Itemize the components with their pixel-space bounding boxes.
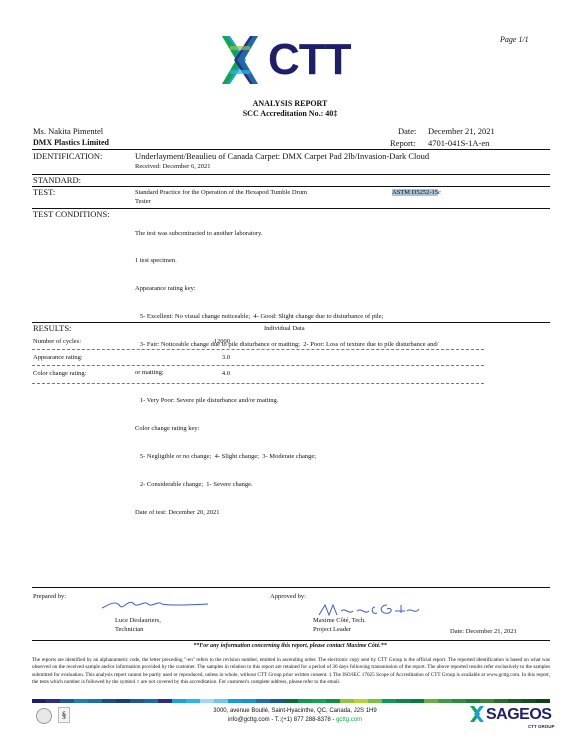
- divider: [32, 149, 550, 150]
- report-title: ANALYSIS REPORT: [0, 99, 580, 108]
- color-bar-segment: [424, 699, 438, 703]
- color-bar-segment: [102, 699, 116, 703]
- sageos-logo-text: SAGEOS: [486, 706, 551, 724]
- color-bar-segment: [298, 699, 312, 703]
- test-standard-ref: ASTM D5252-15c: [392, 189, 441, 196]
- brand-color-bar: [32, 699, 550, 703]
- result-value-color-change: 4.0: [180, 370, 230, 377]
- color-bar-segment: [242, 699, 256, 703]
- color-bar-segment: [186, 699, 200, 703]
- divider: [32, 174, 550, 175]
- color-bar-segment: [536, 699, 550, 703]
- approved-by-name: Maxime Côté, Tech.: [313, 617, 366, 624]
- accreditation-seal-icon: [36, 708, 52, 724]
- date-value: December 21, 2021: [428, 126, 495, 136]
- result-label-color-change: Color change rating:: [33, 370, 86, 377]
- test-description: Standard Practice for the Operation of t…: [135, 189, 307, 196]
- color-bar-segment: [270, 699, 284, 703]
- color-bar-segment: [228, 699, 242, 703]
- results-label: RESULTS:: [33, 323, 71, 333]
- report-number: 4701-041S-1A-en: [428, 138, 489, 148]
- color-bar-segment: [256, 699, 270, 703]
- color-bar-segment: [158, 699, 172, 703]
- color-bar-segment: [354, 699, 368, 703]
- prepared-by-label: Prepared by:: [33, 593, 66, 600]
- logo-text: CTT: [268, 34, 351, 86]
- color-bar-segment: [326, 699, 340, 703]
- certification-mark-icon: §: [58, 707, 70, 723]
- color-bar-segment: [452, 699, 466, 703]
- accreditation-number: SCC Accreditation No.: 40‡: [0, 109, 580, 118]
- color-bar-segment: [144, 699, 158, 703]
- dashed-divider: [32, 365, 484, 366]
- color-bar-segment: [508, 699, 522, 703]
- condition-line: Date of test: December 20, 2021: [135, 508, 438, 517]
- company-address: 3000, avenue Boullé, Saint-Hyacinthe, QC…: [195, 708, 395, 714]
- condition-line: Color change rating key:: [135, 424, 438, 433]
- color-bar-segment: [130, 699, 144, 703]
- date-label: Date:: [398, 126, 416, 136]
- standard-label: STANDARD:: [33, 175, 81, 185]
- color-bar-segment: [200, 699, 214, 703]
- approved-by-title: Project Leader: [313, 626, 351, 633]
- divider: [32, 186, 550, 187]
- result-label-cycles: Number of cycles:: [33, 338, 81, 345]
- results-column-header: Individual Data: [264, 325, 305, 332]
- color-bar-segment: [382, 699, 396, 703]
- signature-icon: [100, 594, 210, 614]
- color-bar-segment: [60, 699, 74, 703]
- color-bar-segment: [88, 699, 102, 703]
- dashed-divider: [32, 349, 484, 350]
- website-link[interactable]: gcttg.com: [336, 717, 362, 723]
- color-bar-segment: [312, 699, 326, 703]
- color-bar-segment: [116, 699, 130, 703]
- color-bar-segment: [214, 699, 228, 703]
- signature-date: Date: December 21, 2021: [450, 628, 517, 635]
- test-conditions-label: TEST CONDITIONS:: [33, 209, 110, 219]
- condition-line: Appearance rating key:: [135, 284, 438, 293]
- condition-line: 2- Considerable change; 1- Severe change…: [135, 480, 438, 489]
- color-bar-segment: [368, 699, 382, 703]
- color-bar-segment: [172, 699, 186, 703]
- identification-value: Underlayment/Beaulieu of Canada Carpet: …: [135, 151, 429, 161]
- divider: [32, 640, 550, 641]
- color-bar-segment: [32, 699, 46, 703]
- color-bar-segment: [522, 699, 536, 703]
- client-company: DMX Plastics Limited: [33, 138, 109, 147]
- condition-line: 1 test specimen.: [135, 256, 438, 265]
- prepared-by-title: Technician: [115, 626, 143, 633]
- color-bar-segment: [284, 699, 298, 703]
- color-bar-segment: [438, 699, 452, 703]
- divider: [32, 587, 550, 588]
- astm-reference: ASTM D5252-15: [392, 189, 438, 196]
- test-description-cont: Tester: [135, 198, 151, 205]
- prepared-by-name: Luce Deslauriers,: [115, 617, 161, 624]
- identification-label: IDENTIFICATION:: [33, 151, 102, 161]
- sageos-logo-icon: [470, 706, 484, 722]
- color-bar-segment: [74, 699, 88, 703]
- received-date: Received: December 6, 2021: [135, 163, 210, 170]
- dashed-divider: [32, 383, 484, 384]
- color-bar-segment: [340, 699, 354, 703]
- divider: [32, 322, 550, 323]
- color-bar-segment: [410, 699, 424, 703]
- test-conditions-text: The test was subcontracted to another la…: [135, 210, 438, 526]
- color-bar-segment: [396, 699, 410, 703]
- result-label-appearance: Appearance rating:: [33, 354, 83, 361]
- sageos-subtitle: CTT GROUP: [528, 724, 555, 729]
- divider: [32, 208, 550, 209]
- color-bar-segment: [494, 699, 508, 703]
- client-name: Ms. Nakita Pimentel: [33, 126, 103, 136]
- color-bar-segment: [466, 699, 480, 703]
- result-value-appearance: 3.0: [180, 354, 230, 361]
- condition-line: 5- Excellent: No visual change noticeabl…: [135, 312, 438, 321]
- email-phone: info@gcttg.com - T.:(+1) 877 288-8378 -: [228, 717, 336, 723]
- page-number: Page 1/1: [500, 35, 529, 44]
- condition-line: 5- Negligible or no change; 4- Slight ch…: [135, 452, 438, 461]
- test-label: TEST:: [33, 187, 55, 197]
- report-label: Report:: [390, 138, 416, 148]
- result-value-cycles: 12000: [180, 338, 230, 345]
- condition-line: 1- Very Poor: Severe pile disturbance an…: [135, 396, 438, 405]
- contact-note: **For any information concerning this re…: [0, 643, 580, 649]
- color-bar-segment: [46, 699, 60, 703]
- accreditation-marker: c: [438, 189, 441, 196]
- color-bar-segment: [480, 699, 494, 703]
- approved-by-label: Approved by:: [270, 593, 306, 600]
- contact-line: info@gcttg.com - T.:(+1) 877 288-8378 - …: [195, 717, 395, 723]
- disclaimer-text: The reports are identified by an alphanu…: [32, 657, 550, 687]
- condition-line: The test was subcontracted to another la…: [135, 229, 438, 238]
